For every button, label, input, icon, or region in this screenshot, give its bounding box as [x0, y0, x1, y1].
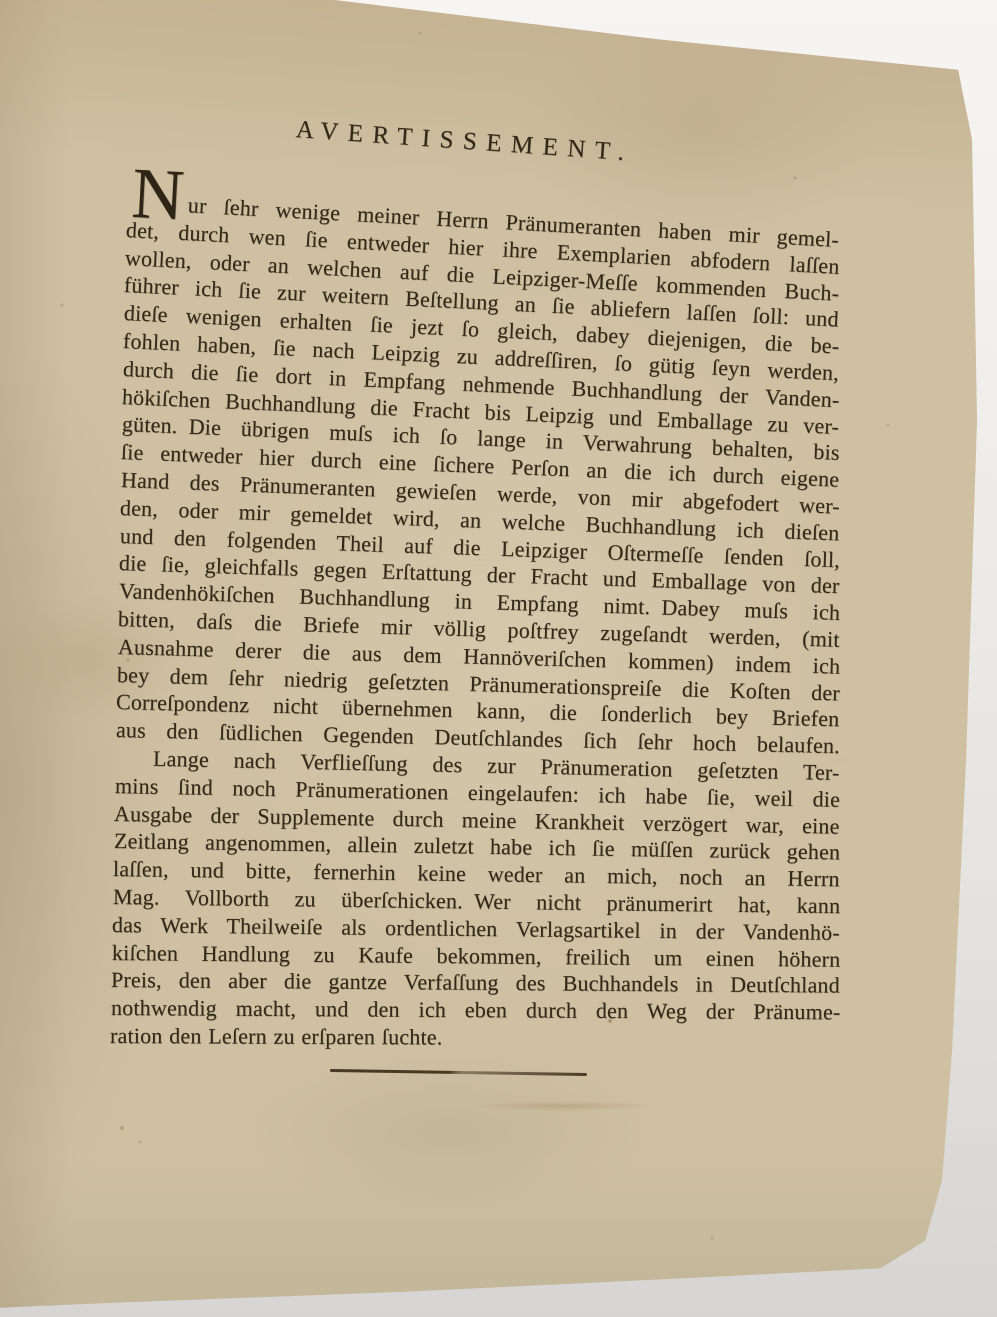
page-title: AVERTISSEMENT. [295, 116, 634, 168]
body-text: N ur ſehr wenige meiner Herrn Pränumeran… [112, 188, 840, 1050]
book-page: AVERTISSEMENT. N ur ſehr wenige meiner H… [0, 0, 997, 1317]
section-divider-rule [330, 1069, 587, 1076]
text-line: nothwendig macht, und den ich eben durch… [110, 994, 840, 1026]
photo-backdrop: AVERTISSEMENT. N ur ſehr wenige meiner H… [0, 0, 997, 1317]
text-line: ration den Leſern zu erſparen ſuchte. [110, 1022, 840, 1053]
